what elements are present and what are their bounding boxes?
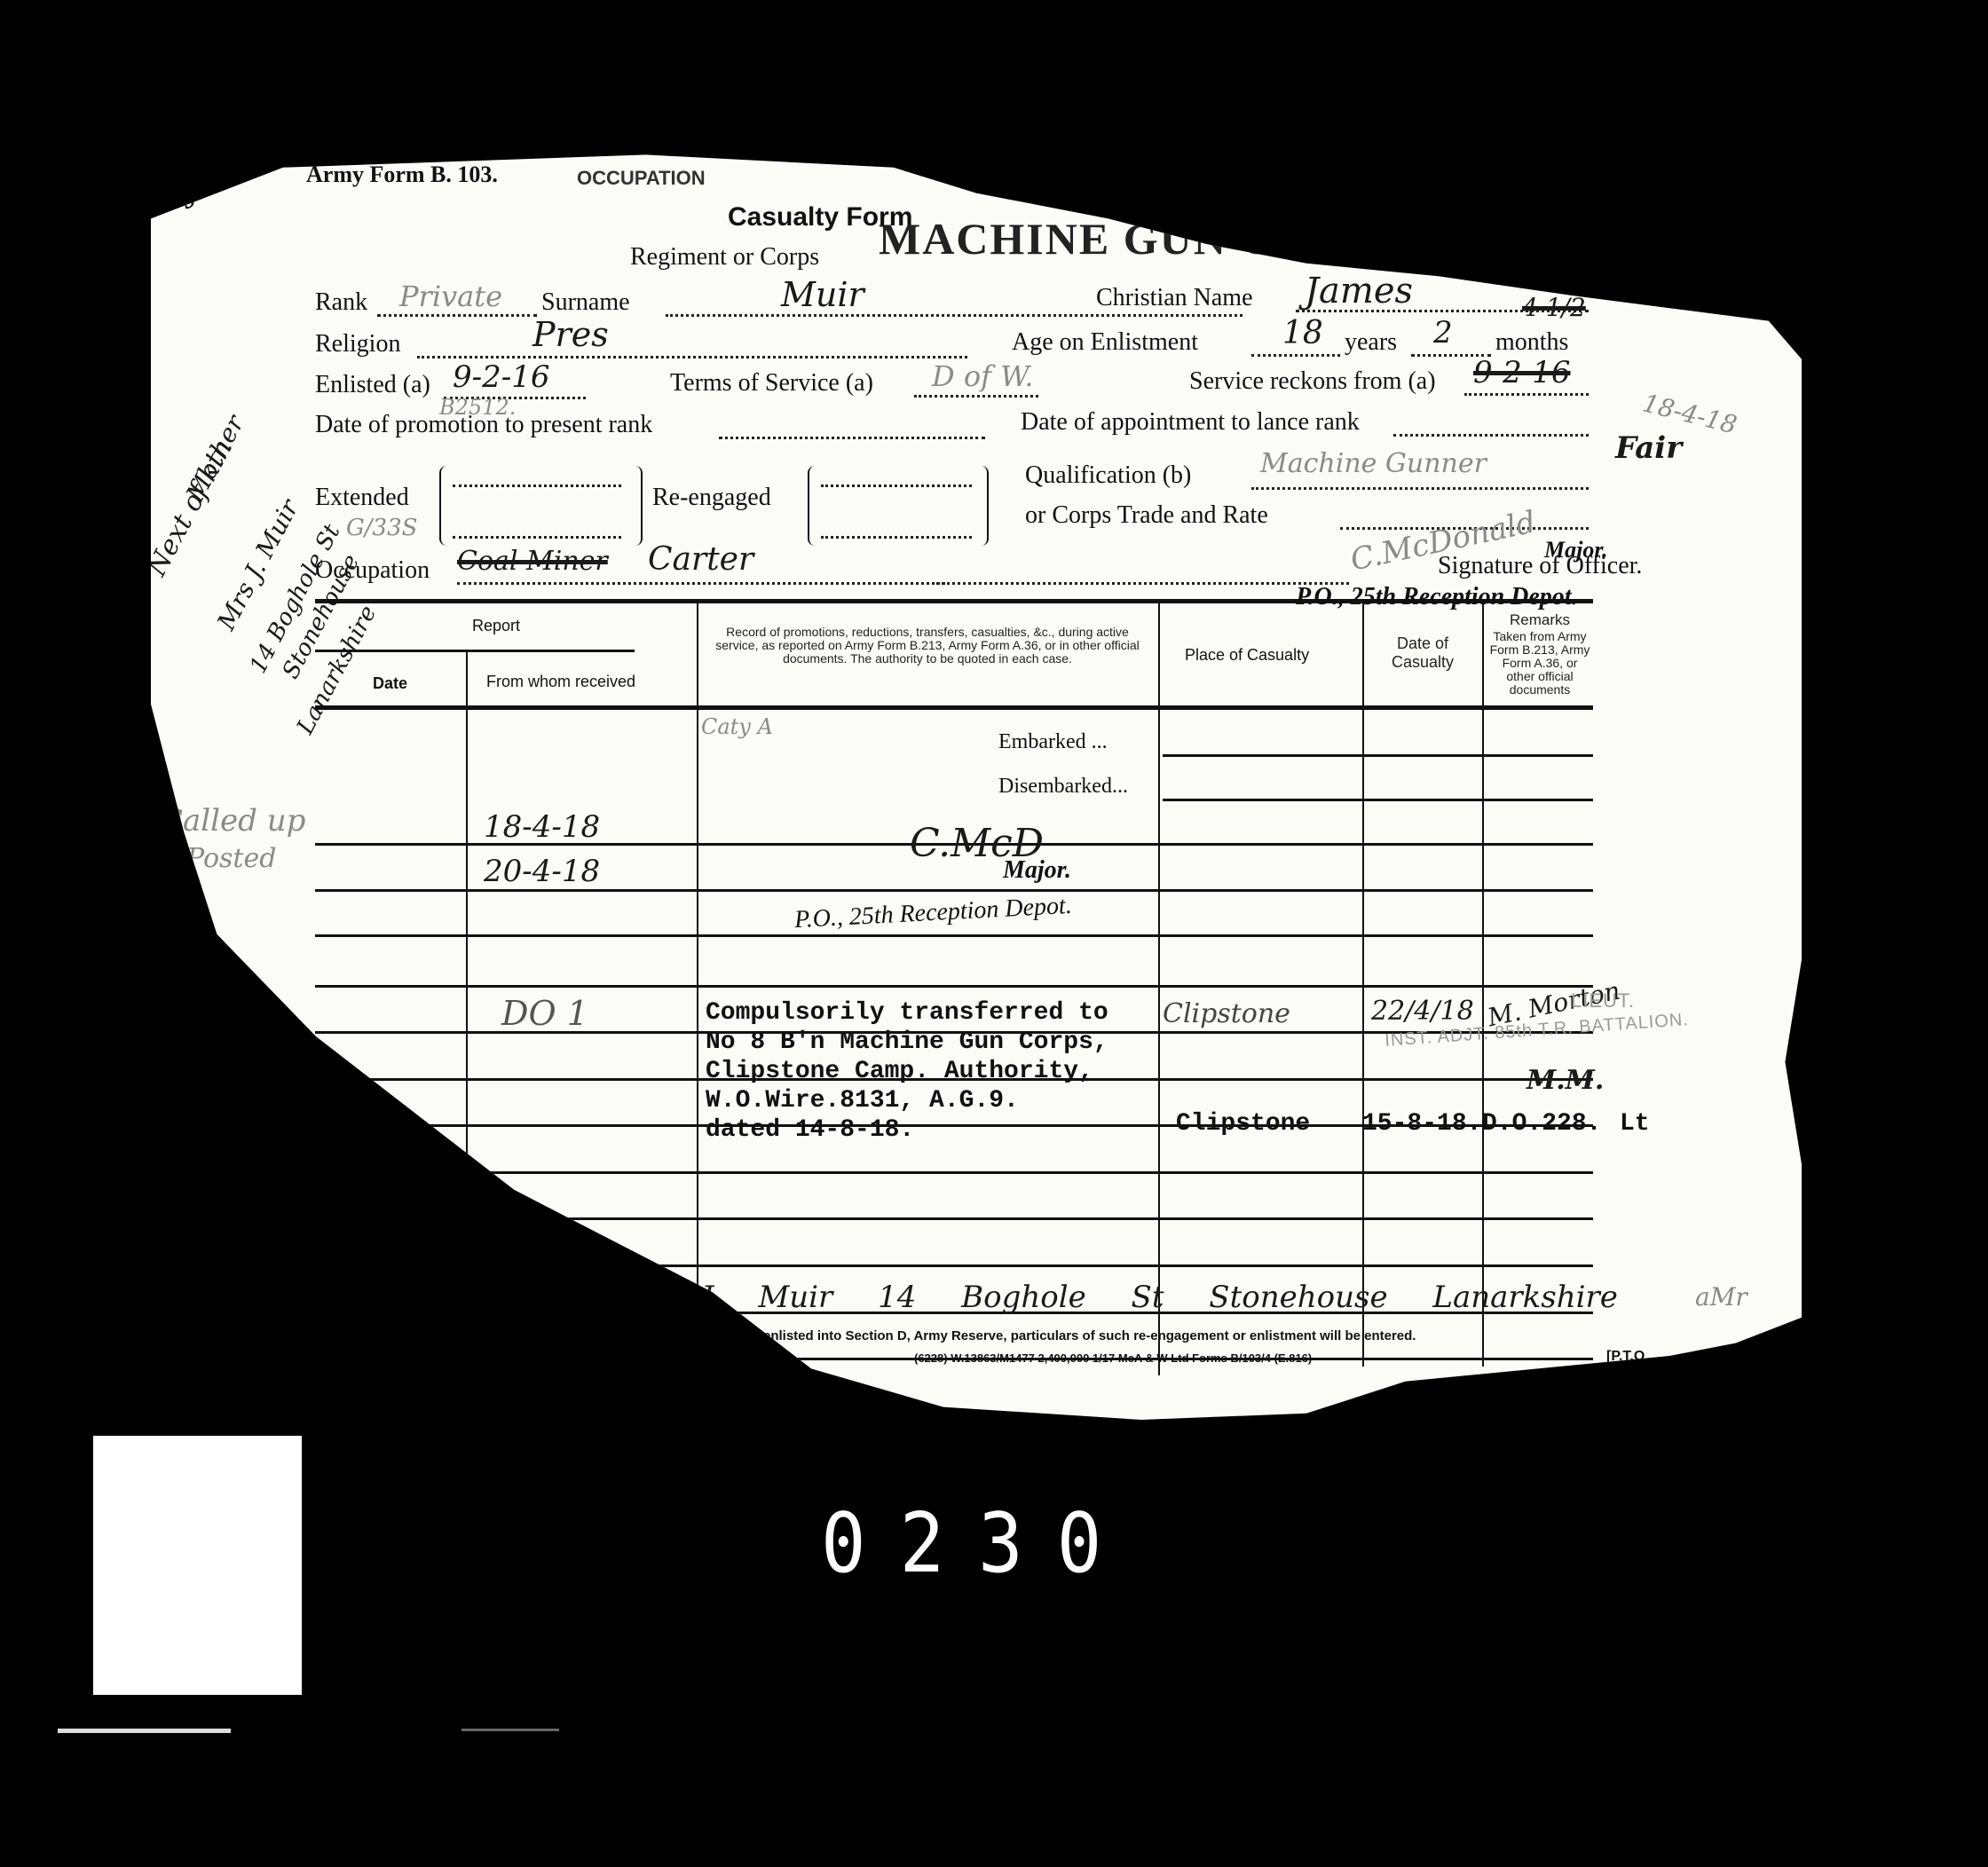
scan-edge-mark-2 — [461, 1729, 559, 1731]
religion-label: Religion — [315, 330, 400, 358]
service-reckons-label: Service reckons from (a) — [1189, 367, 1436, 396]
casualty-form-sheet: R.B. J.3... Army Form B. 103. OCCUPATION… — [151, 142, 1802, 1420]
row-7-date-of-casualty: 15-8-18. — [1362, 1109, 1481, 1138]
address-line: J Muir 14 Boghole St Stonehouse Lanarksh… — [701, 1280, 1618, 1315]
disembarked-label: Disembarked... — [998, 775, 1128, 799]
reengaged-label: Re-engaged — [652, 484, 771, 512]
extended-field-1[interactable] — [453, 481, 621, 487]
header-place: Place of Casualty — [1185, 646, 1309, 665]
header-remarks-title: Remarks — [1487, 612, 1593, 627]
remark-lt: Lt — [1620, 1109, 1650, 1138]
row-7-record: dated 14-8-18. — [706, 1115, 914, 1145]
row-5-record: Clipstone Camp. Authority, — [706, 1057, 1093, 1086]
regiment-stamp: MACHINE GUN CORPS — [879, 213, 1400, 264]
header-bottom-rule — [315, 705, 1593, 710]
col-divider-2 — [697, 603, 698, 1384]
lieut-stamp: LIEUT. — [1571, 989, 1635, 1012]
row-3-place: Clipstone — [1163, 998, 1290, 1029]
row-3-from-whom: DO 1 — [501, 994, 588, 1033]
lance-rank-field[interactable] — [1393, 429, 1589, 437]
row-1-from-whom: 18-4-18 — [484, 809, 600, 845]
terms-value: D of W. — [932, 359, 1034, 393]
surname-value: Muir — [781, 275, 864, 314]
footer-pto: [P.T.O. — [1606, 1349, 1649, 1365]
years-label: years — [1345, 328, 1397, 357]
embarked-label: Embarked ... — [998, 730, 1108, 754]
qualification-label: Qualification (b) — [1025, 461, 1191, 490]
remark-initials: M.M. — [1526, 1065, 1604, 1096]
row-4-record: No 8 B'n Machine Gun Corps, — [706, 1028, 1108, 1057]
address-tail: aMr — [1695, 1282, 1747, 1312]
header-date: Date — [373, 674, 407, 693]
signature-field[interactable] — [932, 577, 1349, 585]
rank-label: Rank — [315, 288, 367, 317]
row-7-place: Clipstone — [1176, 1109, 1310, 1138]
surname-label: Surname — [541, 288, 630, 317]
header-report: Report — [472, 617, 520, 635]
age-label: Age on Enlistment — [1012, 328, 1198, 357]
row-rule-9 — [315, 1217, 1593, 1220]
occupation-stamp: OCCUPATION — [577, 167, 706, 190]
row-2-from-whom: 20-4-18 — [484, 854, 600, 889]
occupation-value: Carter — [648, 541, 753, 578]
header-record: Record of promotions, reductions, transf… — [706, 626, 1149, 666]
row-rule-10 — [315, 1264, 1593, 1267]
signature-rank: Major. — [1544, 537, 1608, 563]
age-years-value: 18 — [1282, 315, 1323, 351]
reengaged-field-1[interactable] — [821, 481, 972, 487]
corner-note: R.B. J.3... — [114, 154, 249, 234]
header-remarks-sub: Taken from Army Form B.213, Army Form A.… — [1487, 630, 1593, 697]
category-note: Caty A — [701, 714, 773, 739]
christian-name-label: Christian Name — [1096, 284, 1253, 312]
report-split-rule — [315, 650, 635, 652]
enlisted-label: Enlisted (a) — [315, 371, 430, 399]
row-3-record: Compulsorily transferred to — [706, 998, 1108, 1028]
officer-rank: Major. — [1003, 856, 1071, 885]
promotion-label: Date of promotion to present rank — [315, 411, 652, 439]
scan-edge-mark-1 — [58, 1729, 231, 1733]
row-rule-3 — [315, 934, 1593, 937]
table-top-rule — [315, 599, 1593, 603]
margin-called-up: Called up — [160, 803, 305, 839]
occupation-struck: Coal Miner — [457, 546, 608, 577]
qualification-value: Machine Gunner — [1260, 448, 1487, 479]
corps-trade-label: or Corps Trade and Rate — [1025, 501, 1268, 530]
margin-fair: Fair — [1615, 430, 1682, 466]
frame-counter: 0230 — [821, 1495, 1135, 1591]
christian-name-value: James — [1305, 271, 1413, 311]
signature-unit: P.O., 25th Reception Depot. — [1296, 583, 1578, 611]
footer-note: enlisted into Section D, Army Reserve, p… — [763, 1328, 1416, 1343]
enlisted-value: 9-2-16 — [453, 359, 550, 395]
terms-label: Terms of Service (a) — [670, 369, 873, 398]
row-7-remarks: D.O.228. — [1482, 1109, 1601, 1138]
reengaged-field-2[interactable] — [821, 532, 972, 539]
col-divider-1 — [466, 650, 468, 1377]
margin-posted: Posted — [186, 843, 276, 874]
regiment-label: Regiment or Corps — [630, 243, 819, 272]
row-rule-2 — [315, 889, 1593, 892]
months-label: months — [1495, 328, 1568, 357]
extended-label: Extended — [315, 484, 409, 512]
rank-value: Private — [399, 280, 502, 313]
calibration-card — [93, 1436, 302, 1695]
row-rule-disembarked — [1163, 799, 1593, 801]
header-from-whom: From whom received — [486, 673, 635, 691]
col-divider-3 — [1158, 603, 1160, 1375]
age-struck-value: 4 1/2 — [1522, 293, 1586, 322]
service-reckons-value: 9-2-16 — [1473, 355, 1571, 390]
header-date-of-casualty: Date of Casualty — [1374, 634, 1471, 672]
occupation-field[interactable] — [457, 577, 945, 585]
qualification-field[interactable] — [1251, 482, 1589, 490]
row-rule-4 — [315, 985, 1593, 988]
extended-field-2[interactable] — [453, 532, 621, 539]
promotion-field[interactable] — [719, 431, 985, 439]
religion-value: Pres — [532, 315, 609, 354]
age-months-value: 2 — [1433, 315, 1453, 351]
row-3-date-of-casualty: 22/4/18 — [1371, 996, 1474, 1027]
row-rule-embarked — [1163, 754, 1593, 757]
form-number: Army Form B. 103. — [306, 161, 498, 188]
religion-field[interactable] — [417, 351, 967, 358]
row-rule-8 — [315, 1171, 1593, 1174]
officer-unit: P.O., 25th Reception Depot. — [793, 892, 1072, 934]
footer-printer: (6228) W.13863/M1477 2,400,000 1/17 McA … — [914, 1351, 1312, 1365]
lance-rank-label: Date of appointment to lance rank — [1021, 408, 1360, 437]
extended-note: G/33S — [346, 515, 417, 541]
signature-label: Signature of Officer. — [1438, 552, 1642, 580]
row-6-record: W.O.Wire.8131, A.G.9. — [706, 1086, 1019, 1115]
